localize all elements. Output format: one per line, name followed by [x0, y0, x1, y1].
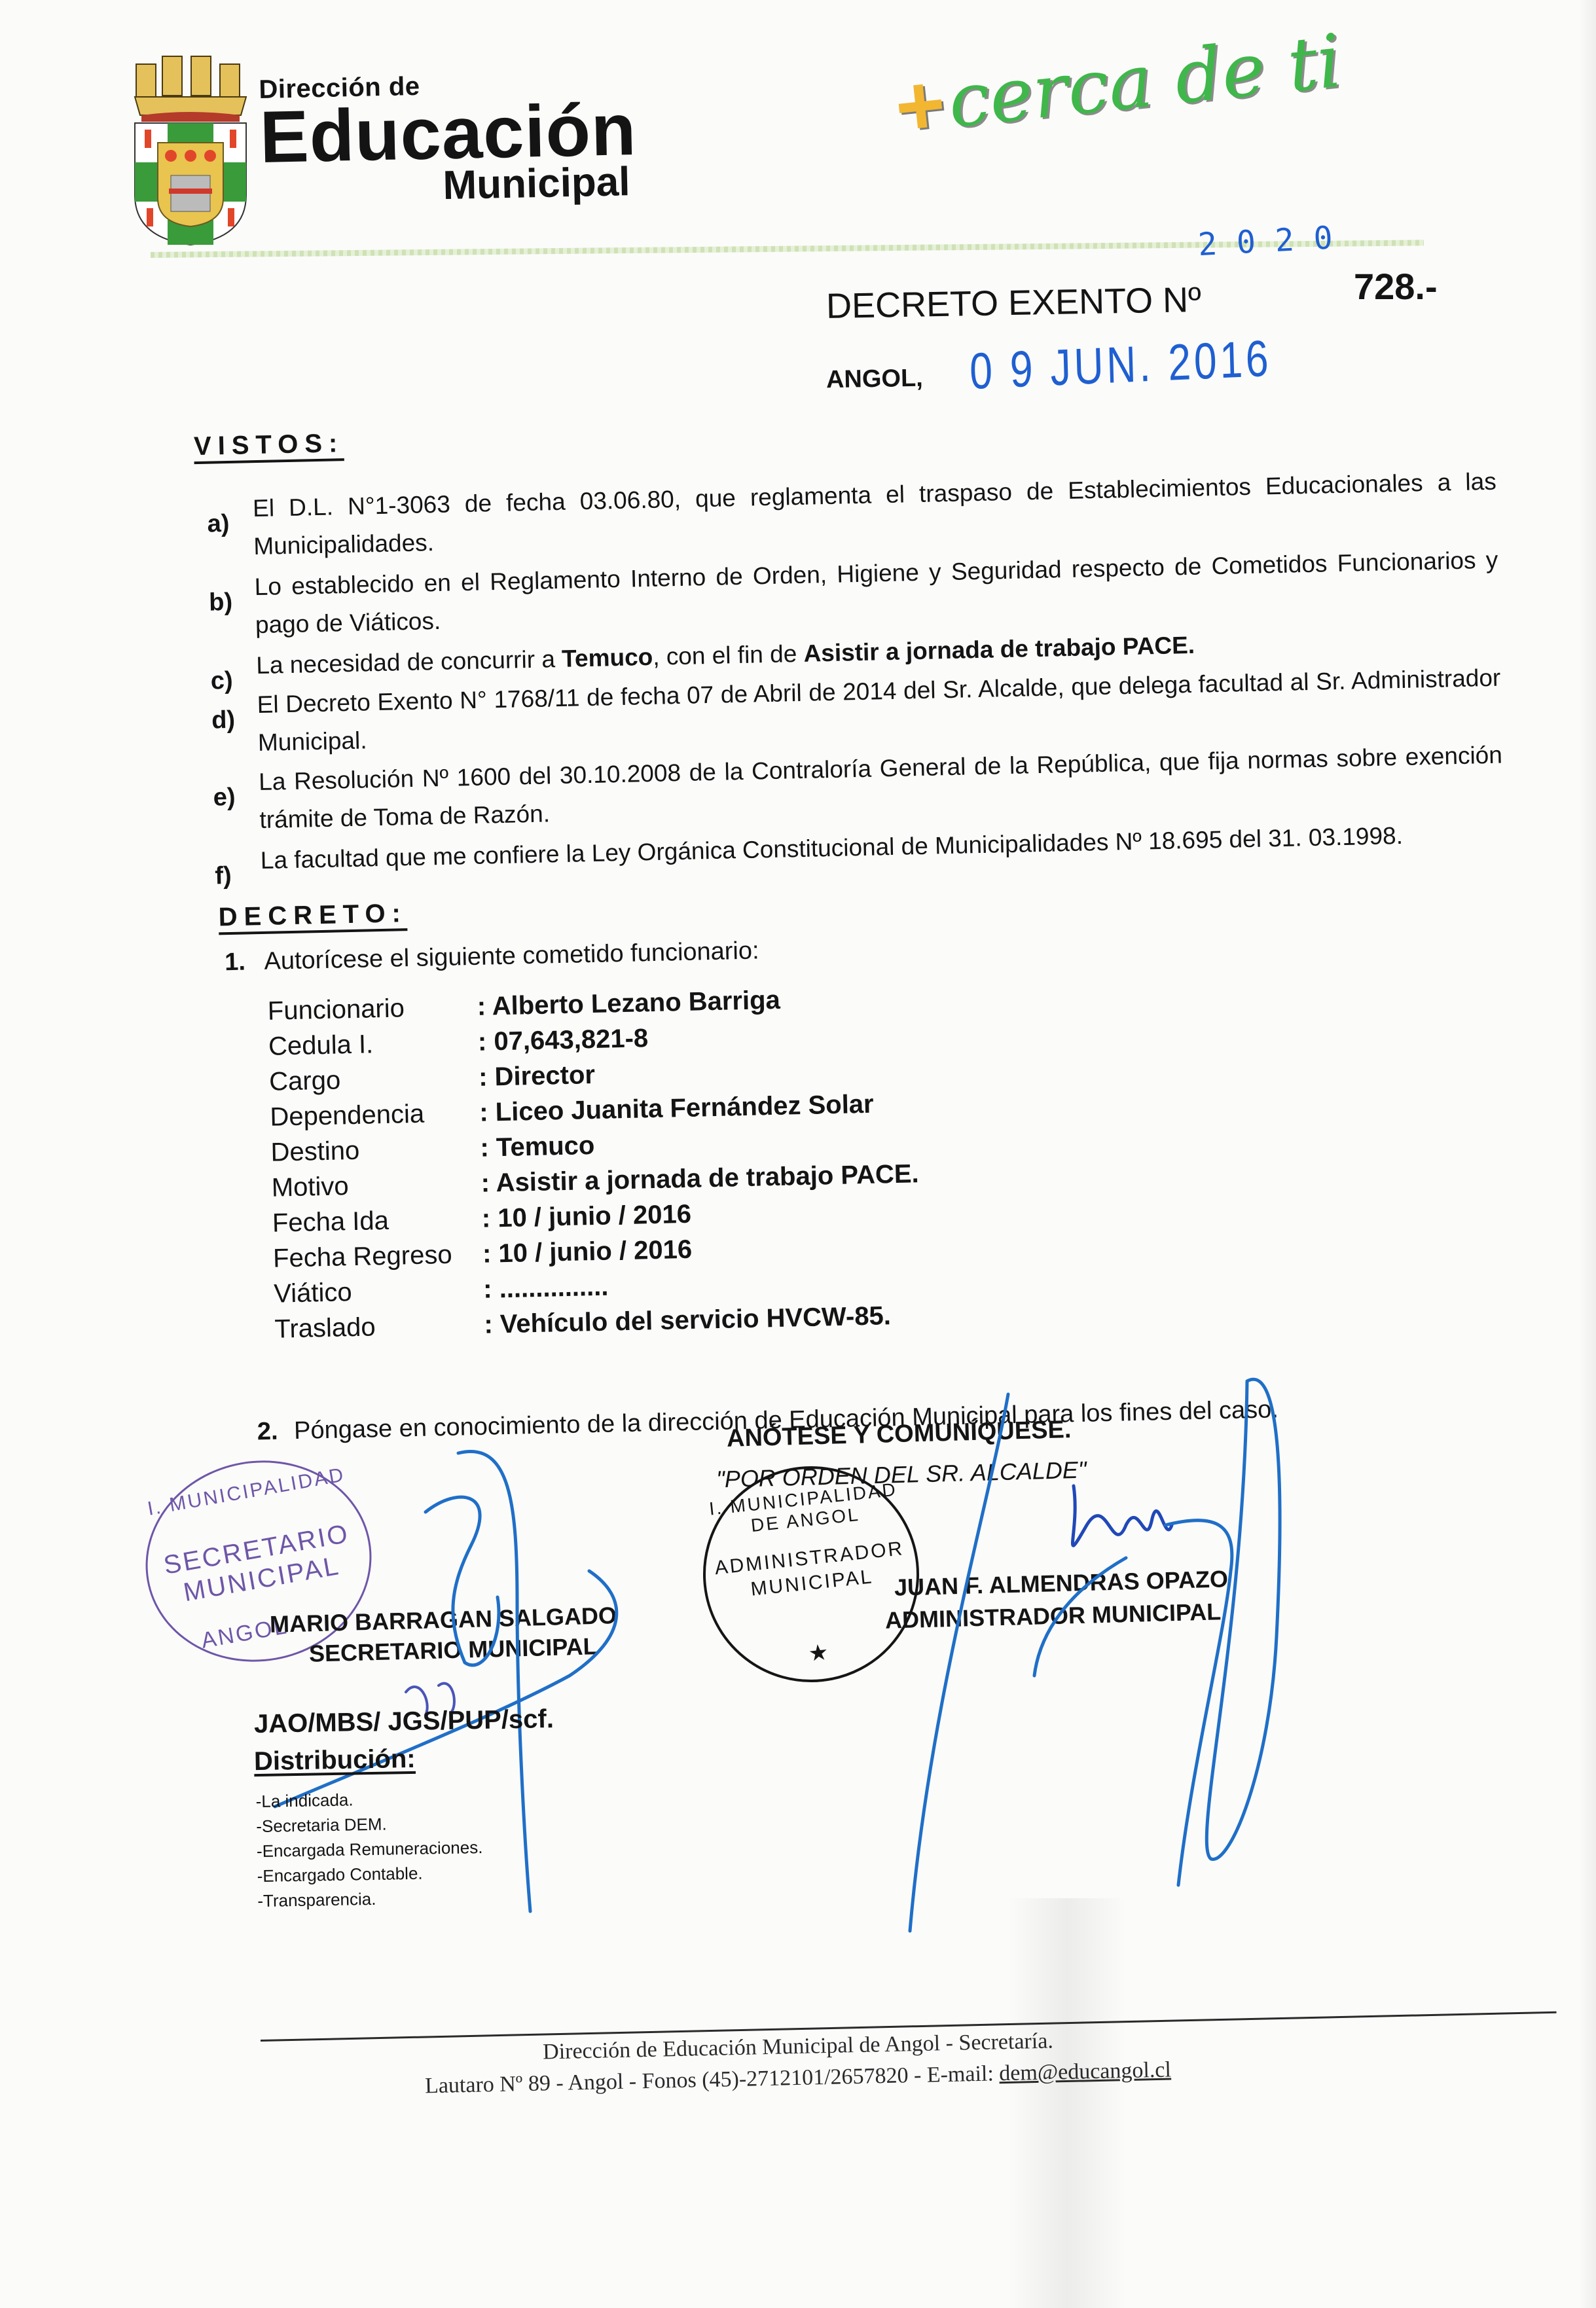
reference-initials: JAO/MBS/ JGS/PUP/scf.	[254, 1704, 554, 1739]
detail-key: Cedula I.	[268, 1028, 479, 1062]
vistos-item-label: d)	[211, 701, 236, 740]
point-number: 2.	[257, 1418, 278, 1446]
decree-body: VISTOS: a) El D.L. N°1-3063 de fecha 03.…	[0, 0, 1596, 2308]
detail-value: : 10 / junio / 2016	[482, 1235, 693, 1269]
decreto-heading: DECRETO:	[218, 899, 407, 932]
vistos-item-label: f)	[215, 857, 232, 895]
vistos-item-label: b)	[209, 583, 233, 622]
motive-bold: Asistir a jornada de trabajo PACE.	[803, 632, 1195, 667]
distribution-item: -Transparencia.	[257, 1884, 484, 1913]
destination-bold: Temuco	[562, 643, 653, 672]
text-fragment: La necesidad de concurrir a	[256, 645, 562, 679]
detail-key: Fecha Regreso	[273, 1240, 483, 1274]
detail-value: : Liceo Juanita Fernández Solar	[479, 1090, 874, 1128]
vistos-item-label: a)	[207, 505, 230, 543]
detail-key: Funcionario	[267, 992, 477, 1026]
detail-key: Fecha Ida	[272, 1204, 482, 1238]
point-text: Autorícese el siguiente cometido funcion…	[264, 937, 759, 975]
detail-value: : Director	[479, 1060, 596, 1092]
detail-value: : Temuco	[480, 1131, 595, 1163]
vistos-heading: VISTOS:	[194, 429, 344, 461]
detail-value: : Vehículo del servicio HVCW-85.	[484, 1301, 891, 1340]
distribution-item: -Encargado Contable.	[257, 1860, 483, 1888]
detail-value: : Asistir a jornada de trabajo PACE.	[481, 1159, 919, 1199]
detail-key: Viático	[274, 1275, 484, 1309]
detail-key: Destino	[270, 1134, 481, 1168]
distribution-item: -Encargada Remuneraciones.	[257, 1835, 483, 1864]
footer-email-link[interactable]: dem@educangol.cl	[999, 2058, 1171, 2086]
detail-value: : ...............	[483, 1272, 609, 1305]
detail-value: : 07,643,821-8	[478, 1024, 649, 1057]
detail-value: : 10 / junio / 2016	[481, 1200, 691, 1234]
vistos-item-label: e)	[213, 778, 236, 817]
detail-key: Motivo	[271, 1169, 481, 1203]
distribution-item: -La indicada.	[255, 1785, 482, 1814]
point-number: 1.	[225, 948, 246, 977]
distribution-item: -Secretaria DEM.	[256, 1810, 482, 1839]
decreto-point-1: 1. Autorícese el siguiente cometido func…	[225, 937, 759, 977]
distribution-list: -La indicada. -Secretaria DEM. -Encargad…	[255, 1785, 484, 1913]
detail-value: : Alberto Lezano Barriga	[477, 986, 780, 1022]
detail-key: Traslado	[274, 1310, 484, 1344]
vistos-item-label: c)	[210, 662, 233, 700]
text-fragment: , con el fin de	[653, 640, 804, 670]
distribution-heading: Distribución:	[254, 1744, 416, 1776]
detail-key: Cargo	[269, 1063, 479, 1097]
document-page: Dirección de Educación Municipal +cerca …	[0, 0, 1596, 2308]
detail-key: Dependencia	[270, 1098, 480, 1132]
